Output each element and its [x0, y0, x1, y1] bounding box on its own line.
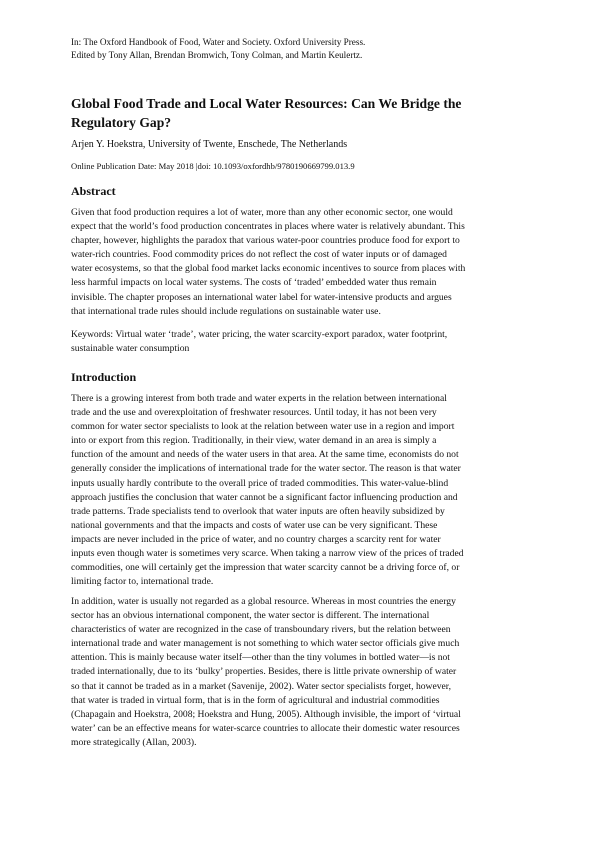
abstract-paragraph: Given that food production requires a lo…: [71, 206, 536, 319]
text-line: less harmful impacts on local water syst…: [71, 276, 536, 290]
author-affiliation: Arjen Y. Hoekstra, University of Twente,…: [71, 138, 541, 151]
text-line: into or export from this region. Traditi…: [71, 434, 536, 448]
text-line: so that it cannot be traded as in a mark…: [71, 680, 536, 694]
text-line: trade patterns. Trade specialists tend t…: [71, 505, 536, 519]
text-line: that international trade rules should in…: [71, 305, 536, 319]
text-line: impacts are never included in the price …: [71, 533, 536, 547]
text-line: inputs even though water is sometimes ve…: [71, 547, 536, 561]
document-page: In: The Oxford Handbook of Food, Water a…: [0, 0, 595, 842]
text-line: limiting factor to, international trade.: [71, 575, 536, 589]
title-line-1: Global Food Trade and Local Water Resour…: [71, 94, 531, 113]
text-line: expect that the world’s food production …: [71, 220, 536, 234]
text-line: Given that food production requires a lo…: [71, 206, 536, 220]
text-line: national governments and that the impact…: [71, 519, 536, 533]
text-line: Keywords: Virtual water ‘trade’, water p…: [71, 328, 536, 342]
text-line: that water is traded in virtual form, th…: [71, 694, 536, 708]
introduction-paragraph-1: There is a growing interest from both tr…: [71, 392, 536, 589]
text-line: chapter, however, highlights the paradox…: [71, 234, 536, 248]
text-line: (Chapagain and Hoekstra, 2008; Hoekstra …: [71, 708, 536, 722]
text-line: function of the amount and needs of the …: [71, 448, 536, 462]
text-line: attention. This is mainly because water …: [71, 651, 536, 665]
text-line: There is a growing interest from both tr…: [71, 392, 536, 406]
introduction-heading: Introduction: [71, 370, 136, 385]
text-line: sustainable water consumption: [71, 342, 536, 356]
text-line: international trade and water management…: [71, 637, 536, 651]
introduction-paragraph-2: In addition, water is usually not regard…: [71, 595, 536, 750]
source-line-2: Edited by Tony Allan, Brendan Bromwich, …: [71, 49, 541, 62]
text-line: water-rich countries. Food commodity pri…: [71, 248, 536, 262]
text-line: sector has an obvious international comp…: [71, 609, 536, 623]
title-line-2: Regulatory Gap?: [71, 113, 531, 132]
text-line: characteristics of water are recognized …: [71, 623, 536, 637]
text-line: water ecosystems, so that the global foo…: [71, 262, 536, 276]
text-line: trade and the use and overexploitation o…: [71, 406, 536, 420]
text-line: invisible. The chapter proposes an inter…: [71, 291, 536, 305]
source-line-1: In: The Oxford Handbook of Food, Water a…: [71, 36, 541, 49]
keywords: Keywords: Virtual water ‘trade’, water p…: [71, 328, 536, 356]
text-line: approach justifies the conclusion that w…: [71, 491, 536, 505]
text-line: common for water sector specialists to l…: [71, 420, 536, 434]
text-line: inputs usually hardly contribute to the …: [71, 477, 536, 491]
text-line: In addition, water is usually not regard…: [71, 595, 536, 609]
text-line: more strategically (Allan, 2003).: [71, 736, 536, 750]
chapter-title: Global Food Trade and Local Water Resour…: [71, 94, 531, 132]
text-line: traded internationally, due to its ‘bulk…: [71, 665, 536, 679]
abstract-heading: Abstract: [71, 184, 116, 199]
text-line: generally consider the implications of i…: [71, 462, 536, 476]
text-line: commodities, one will certainly get the …: [71, 561, 536, 575]
source-citation: In: The Oxford Handbook of Food, Water a…: [71, 36, 541, 62]
text-line: water’ can be an effective means for wat…: [71, 722, 536, 736]
publication-info: Online Publication Date: May 2018 |doi: …: [71, 160, 541, 172]
